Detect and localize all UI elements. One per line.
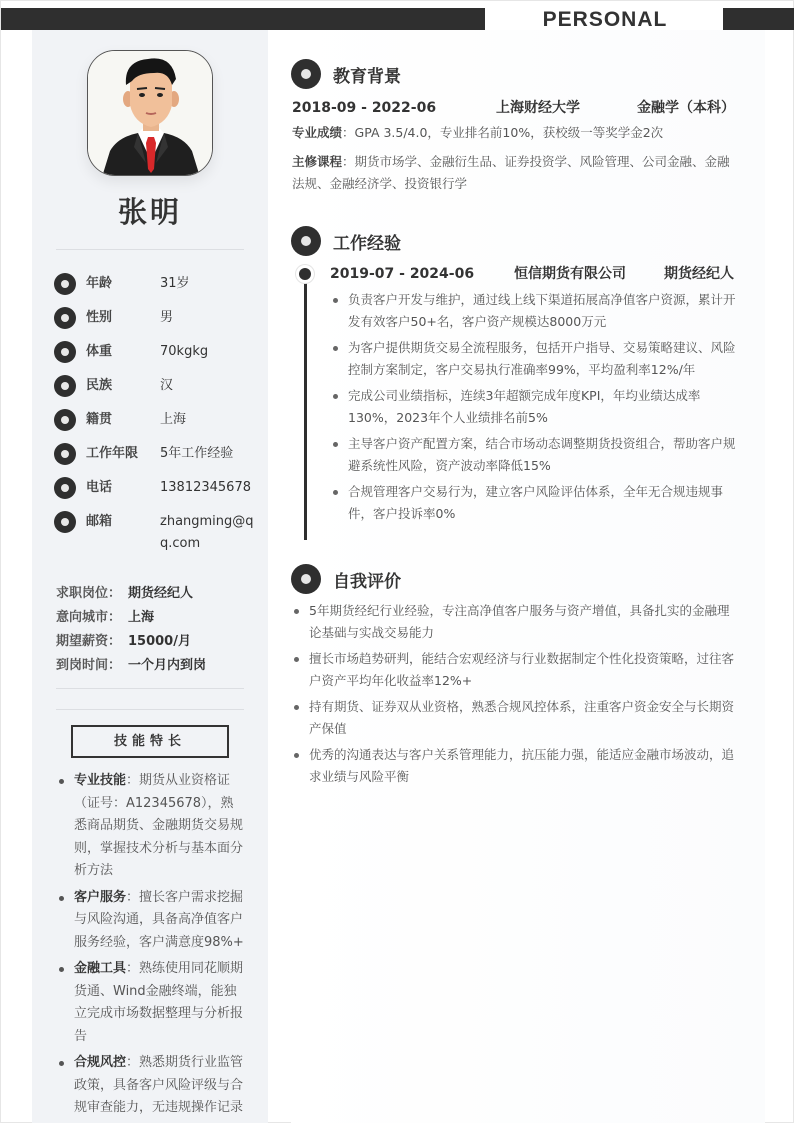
info-value: 5年工作经验 xyxy=(160,443,254,465)
info-label: 体重 xyxy=(86,341,160,363)
ring-bullet-icon xyxy=(54,307,76,329)
duty-item: 完成公司业绩指标，连续3年超额完成年度KPI，年均业绩达成率130%，2023年… xyxy=(330,385,740,429)
info-row-email: 邮箱 zhangming@qq.com xyxy=(54,511,254,555)
duty-item: 负责客户开发与维护，通过线上线下渠道拓展高净值客户资源，累计开发有效客户50+名… xyxy=(330,289,740,333)
timeline-dot-icon xyxy=(299,268,311,280)
ring-bullet-icon xyxy=(54,375,76,397)
work-duties-list: 负责客户开发与维护，通过线上线下渠道拓展高净值客户资源，累计开发有效客户50+名… xyxy=(330,289,740,529)
education-major: 金融学（本科） xyxy=(637,97,732,119)
education-summary: 2018-09 - 2022-06 上海财经大学 金融学（本科） xyxy=(292,97,732,119)
section-title: 工作经验 xyxy=(333,229,401,254)
divider xyxy=(56,249,244,250)
job-intent-list: 求职岗位： 期货经纪人 意向城市： 上海 期望薪资： 15000/月 到岗时间：… xyxy=(56,582,256,678)
info-value[interactable]: 13812345678 xyxy=(160,477,254,499)
ring-bullet-icon xyxy=(54,341,76,363)
courses-text: ：期货市场学、金融衍生品、证券投资学、风险管理、公司金融、金融法规、金融经济学、… xyxy=(292,154,730,191)
work-position: 期货经纪人 xyxy=(664,263,734,285)
header-bar-left xyxy=(1,8,485,30)
skill-key: 客户服务 xyxy=(74,890,126,905)
work-company: 恒信期货有限公司 xyxy=(514,263,626,285)
work-summary: 2019-07 - 2024-06 恒信期货有限公司 期货经纪人 xyxy=(330,263,736,285)
self-eval-item: 持有期货、证券双从业资格，熟悉合规风控体系，注重客户资金安全与长期资产保值 xyxy=(291,696,741,740)
self-eval-item: 5年期货经纪行业经验，专注高净值客户服务与资产增值，具备扎实的金融理论基础与实战… xyxy=(291,600,741,644)
education-courses: 主修课程：期货市场学、金融衍生品、证券投资学、风险管理、公司金融、金融法规、金融… xyxy=(292,151,732,195)
education-period: 2018-09 - 2022-06 xyxy=(292,97,436,119)
job-row: 到岗时间： 一个月内到岗 xyxy=(56,654,256,678)
skill-item: 专业技能：期货从业资格证（证号：A12345678），熟悉商品期货、金融期货交易… xyxy=(56,770,246,883)
duty-item: 为客户提供期货交易全流程服务，包括开户指导、交易策略建议、风险控制方案制定，客户… xyxy=(330,337,740,381)
self-eval-list: 5年期货经纪行业经验，专注高净值客户服务与资产增值，具备扎实的金融理论基础与实战… xyxy=(291,600,741,792)
divider xyxy=(56,709,244,710)
info-label: 年龄 xyxy=(86,273,160,295)
candidate-name: 张明 xyxy=(32,190,268,231)
info-value: 汉 xyxy=(160,375,254,397)
skills-heading: 技能特长 xyxy=(71,725,229,758)
job-value: 期货经纪人 xyxy=(128,582,193,606)
skill-item: 合规风控：熟悉期货行业监管政策，具备客户风险评级与合规审查能力，无违规操作记录 xyxy=(56,1052,246,1120)
resume-page: PERSONAL RESUME xyxy=(0,0,794,1123)
section-title: 教育背景 xyxy=(333,62,401,87)
skill-item: 金融工具：熟练使用同花顺期货通、Wind金融终端，能独立完成市场数据整理与分析报… xyxy=(56,958,246,1048)
info-value[interactable]: zhangming@qq.com xyxy=(160,511,254,555)
sidebar: 张明 年龄 31岁 性别 男 体重 70kgkg 民族 汉 xyxy=(32,30,268,1123)
education-grades: 专业成绩：GPA 3.5/4.0，专业排名前10%，获校级一等奖学金2次 xyxy=(292,122,732,144)
divider xyxy=(56,688,244,689)
info-label: 籍贯 xyxy=(86,409,160,431)
info-label: 邮箱 xyxy=(86,511,160,533)
job-row: 意向城市： 上海 xyxy=(56,606,256,630)
section-self-eval-header: 自我评价 xyxy=(291,564,401,594)
ring-bullet-icon xyxy=(54,443,76,465)
info-value: 31岁 xyxy=(160,273,254,295)
skill-key: 金融工具 xyxy=(74,961,126,976)
job-value: 15000/月 xyxy=(128,630,191,654)
job-label: 意向城市： xyxy=(56,606,128,630)
courses-label: 主修课程 xyxy=(292,154,342,169)
duty-item: 主导客户资产配置方案，结合市场动态调整期货投资组合，帮助客户规避系统性风险，资产… xyxy=(330,433,740,477)
education-school: 上海财经大学 xyxy=(496,97,580,119)
job-label: 到岗时间： xyxy=(56,654,128,678)
info-row-hometown: 籍贯 上海 xyxy=(54,409,254,431)
timeline-line xyxy=(304,272,307,540)
ring-bullet-icon xyxy=(54,409,76,431)
section-ring-icon xyxy=(291,59,321,89)
job-value: 一个月内到岗 xyxy=(128,654,206,678)
main-content: 教育背景 2018-09 - 2022-06 上海财经大学 金融学（本科） 专业… xyxy=(291,30,765,1123)
ring-bullet-icon xyxy=(54,477,76,499)
ring-bullet-icon xyxy=(54,273,76,295)
info-label: 民族 xyxy=(86,375,160,397)
work-period: 2019-07 - 2024-06 xyxy=(330,263,474,285)
basic-info-list: 年龄 31岁 性别 男 体重 70kgkg 民族 汉 籍贯 上海 xyxy=(54,273,254,567)
skill-key: 合规风控 xyxy=(74,1055,126,1070)
info-row-weight: 体重 70kgkg xyxy=(54,341,254,363)
portrait-illustration-icon xyxy=(88,51,213,176)
grades-label: 专业成绩 xyxy=(292,125,342,140)
info-row-ethnicity: 民族 汉 xyxy=(54,375,254,397)
info-value: 上海 xyxy=(160,409,254,431)
info-row-experience: 工作年限 5年工作经验 xyxy=(54,443,254,465)
avatar xyxy=(87,50,213,176)
grades-text: ：GPA 3.5/4.0，专业排名前10%，获校级一等奖学金2次 xyxy=(342,125,663,140)
section-education-header: 教育背景 xyxy=(291,59,401,89)
job-label: 求职岗位： xyxy=(56,582,128,606)
self-eval-item: 优秀的沟通表达与客户关系管理能力，抗压能力强，能适应金融市场波动，追求业绩与风险… xyxy=(291,744,741,788)
job-row: 求职岗位： 期货经纪人 xyxy=(56,582,256,606)
info-row-gender: 性别 男 xyxy=(54,307,254,329)
skills-list: 专业技能：期货从业资格证（证号：A12345678），熟悉商品期货、金融期货交易… xyxy=(56,770,246,1123)
section-ring-icon xyxy=(291,564,321,594)
info-label: 电话 xyxy=(86,477,160,499)
section-ring-icon xyxy=(291,226,321,256)
info-row-phone: 电话 13812345678 xyxy=(54,477,254,499)
skill-text: ：期货从业资格证（证号：A12345678），熟悉商品期货、金融期货交易规则，掌… xyxy=(74,773,243,878)
info-label: 工作年限 xyxy=(86,443,160,465)
self-eval-item: 擅长市场趋势研判，能结合宏观经济与行业数据制定个性化投资策略，过往客户资产平均年… xyxy=(291,648,741,692)
section-title: 自我评价 xyxy=(333,567,401,592)
ring-bullet-icon xyxy=(54,511,76,533)
job-label: 期望薪资： xyxy=(56,630,128,654)
header-bar-right xyxy=(723,8,794,30)
duty-item: 合规管理客户交易行为，建立客户风险评估体系，全年无合规违规事件，客户投诉率0% xyxy=(330,481,740,525)
skill-key: 专业技能 xyxy=(74,773,126,788)
info-label: 性别 xyxy=(86,307,160,329)
section-work-header: 工作经验 xyxy=(291,226,401,256)
info-value: 70kgkg xyxy=(160,341,254,363)
info-row-age: 年龄 31岁 xyxy=(54,273,254,295)
job-row: 期望薪资： 15000/月 xyxy=(56,630,256,654)
info-value: 男 xyxy=(160,307,254,329)
skill-item: 客户服务：擅长客户需求挖掘与风险沟通，具备高净值客户服务经验，客户满意度98%+ xyxy=(56,887,246,955)
job-value: 上海 xyxy=(128,606,154,630)
